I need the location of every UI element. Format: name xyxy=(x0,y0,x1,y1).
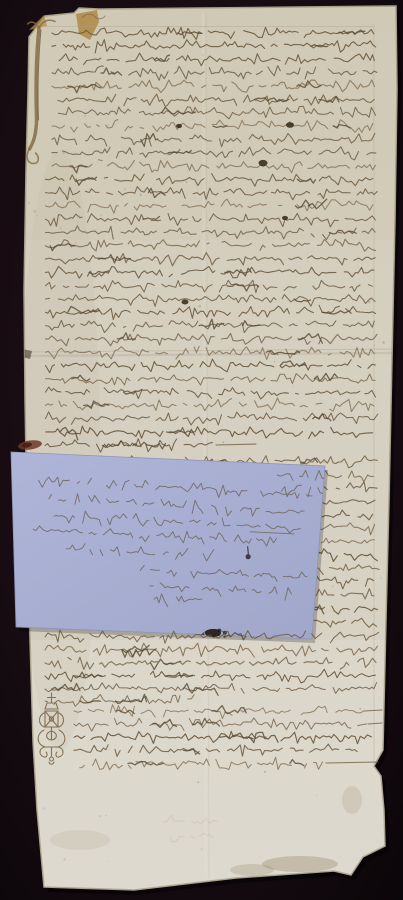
speckle xyxy=(214,336,216,338)
speckle xyxy=(379,113,380,114)
ink-blot xyxy=(282,216,288,220)
speckle xyxy=(107,861,108,862)
speckle xyxy=(201,849,202,850)
speckle xyxy=(202,55,203,56)
speckle xyxy=(99,815,101,817)
archival-photo: Notarial parchment deed (manuscript) wit… xyxy=(0,0,403,900)
speckle xyxy=(202,433,205,436)
speckle xyxy=(100,119,101,120)
speckle xyxy=(63,205,64,206)
speckle xyxy=(149,112,151,114)
ink-blot xyxy=(176,124,182,128)
speckle xyxy=(223,441,225,443)
speckle xyxy=(115,222,116,223)
speckle xyxy=(281,84,282,85)
speckle xyxy=(33,210,35,212)
speckle xyxy=(140,194,142,196)
speckle xyxy=(106,124,108,126)
speckle xyxy=(380,578,381,579)
speckle xyxy=(197,781,199,783)
speckle xyxy=(204,456,205,457)
speckle xyxy=(316,794,318,796)
speckle xyxy=(75,242,77,244)
stain xyxy=(230,864,274,876)
speckle xyxy=(172,263,174,265)
speckle xyxy=(332,585,334,587)
parchment-scan-svg: Notarial parchment deed (manuscript) wit… xyxy=(0,0,403,900)
speckle xyxy=(36,215,38,217)
speckle xyxy=(359,708,361,710)
speckle xyxy=(124,188,126,190)
speckle xyxy=(186,181,188,183)
speckle xyxy=(84,115,86,117)
speckle xyxy=(319,431,321,433)
ink-blot xyxy=(182,300,189,305)
speckle xyxy=(377,402,378,403)
speckle xyxy=(207,348,208,349)
fuzzy-blot-speck xyxy=(218,635,219,636)
speckle xyxy=(150,135,152,137)
speckle xyxy=(308,122,310,124)
speckle xyxy=(63,858,66,861)
speckle xyxy=(382,341,384,343)
speckle xyxy=(63,152,65,154)
speckle xyxy=(43,807,45,809)
speckle xyxy=(274,361,275,362)
speckle xyxy=(201,324,203,326)
archivist-note: Villa di … / (…) — two short caption lin… xyxy=(11,452,331,643)
speckle xyxy=(308,73,310,75)
speckle xyxy=(198,305,200,307)
stain xyxy=(50,830,110,850)
ink-blot xyxy=(286,122,294,128)
ink-blot xyxy=(259,160,268,166)
speckle xyxy=(374,345,375,346)
speckle xyxy=(100,215,101,216)
speckle xyxy=(28,202,30,204)
speckle xyxy=(368,301,371,304)
speckle xyxy=(105,815,107,817)
speckle xyxy=(114,124,115,125)
speckle xyxy=(121,403,122,404)
shading-left xyxy=(20,150,100,750)
speckle xyxy=(293,386,295,388)
parchment-sheet xyxy=(20,0,401,900)
speckle xyxy=(218,460,219,461)
speckle xyxy=(264,771,266,773)
stain xyxy=(342,786,362,814)
speckle xyxy=(372,622,374,624)
speckle xyxy=(267,287,269,289)
speckle xyxy=(59,226,62,229)
speckle xyxy=(323,461,325,463)
speckle xyxy=(238,77,239,78)
